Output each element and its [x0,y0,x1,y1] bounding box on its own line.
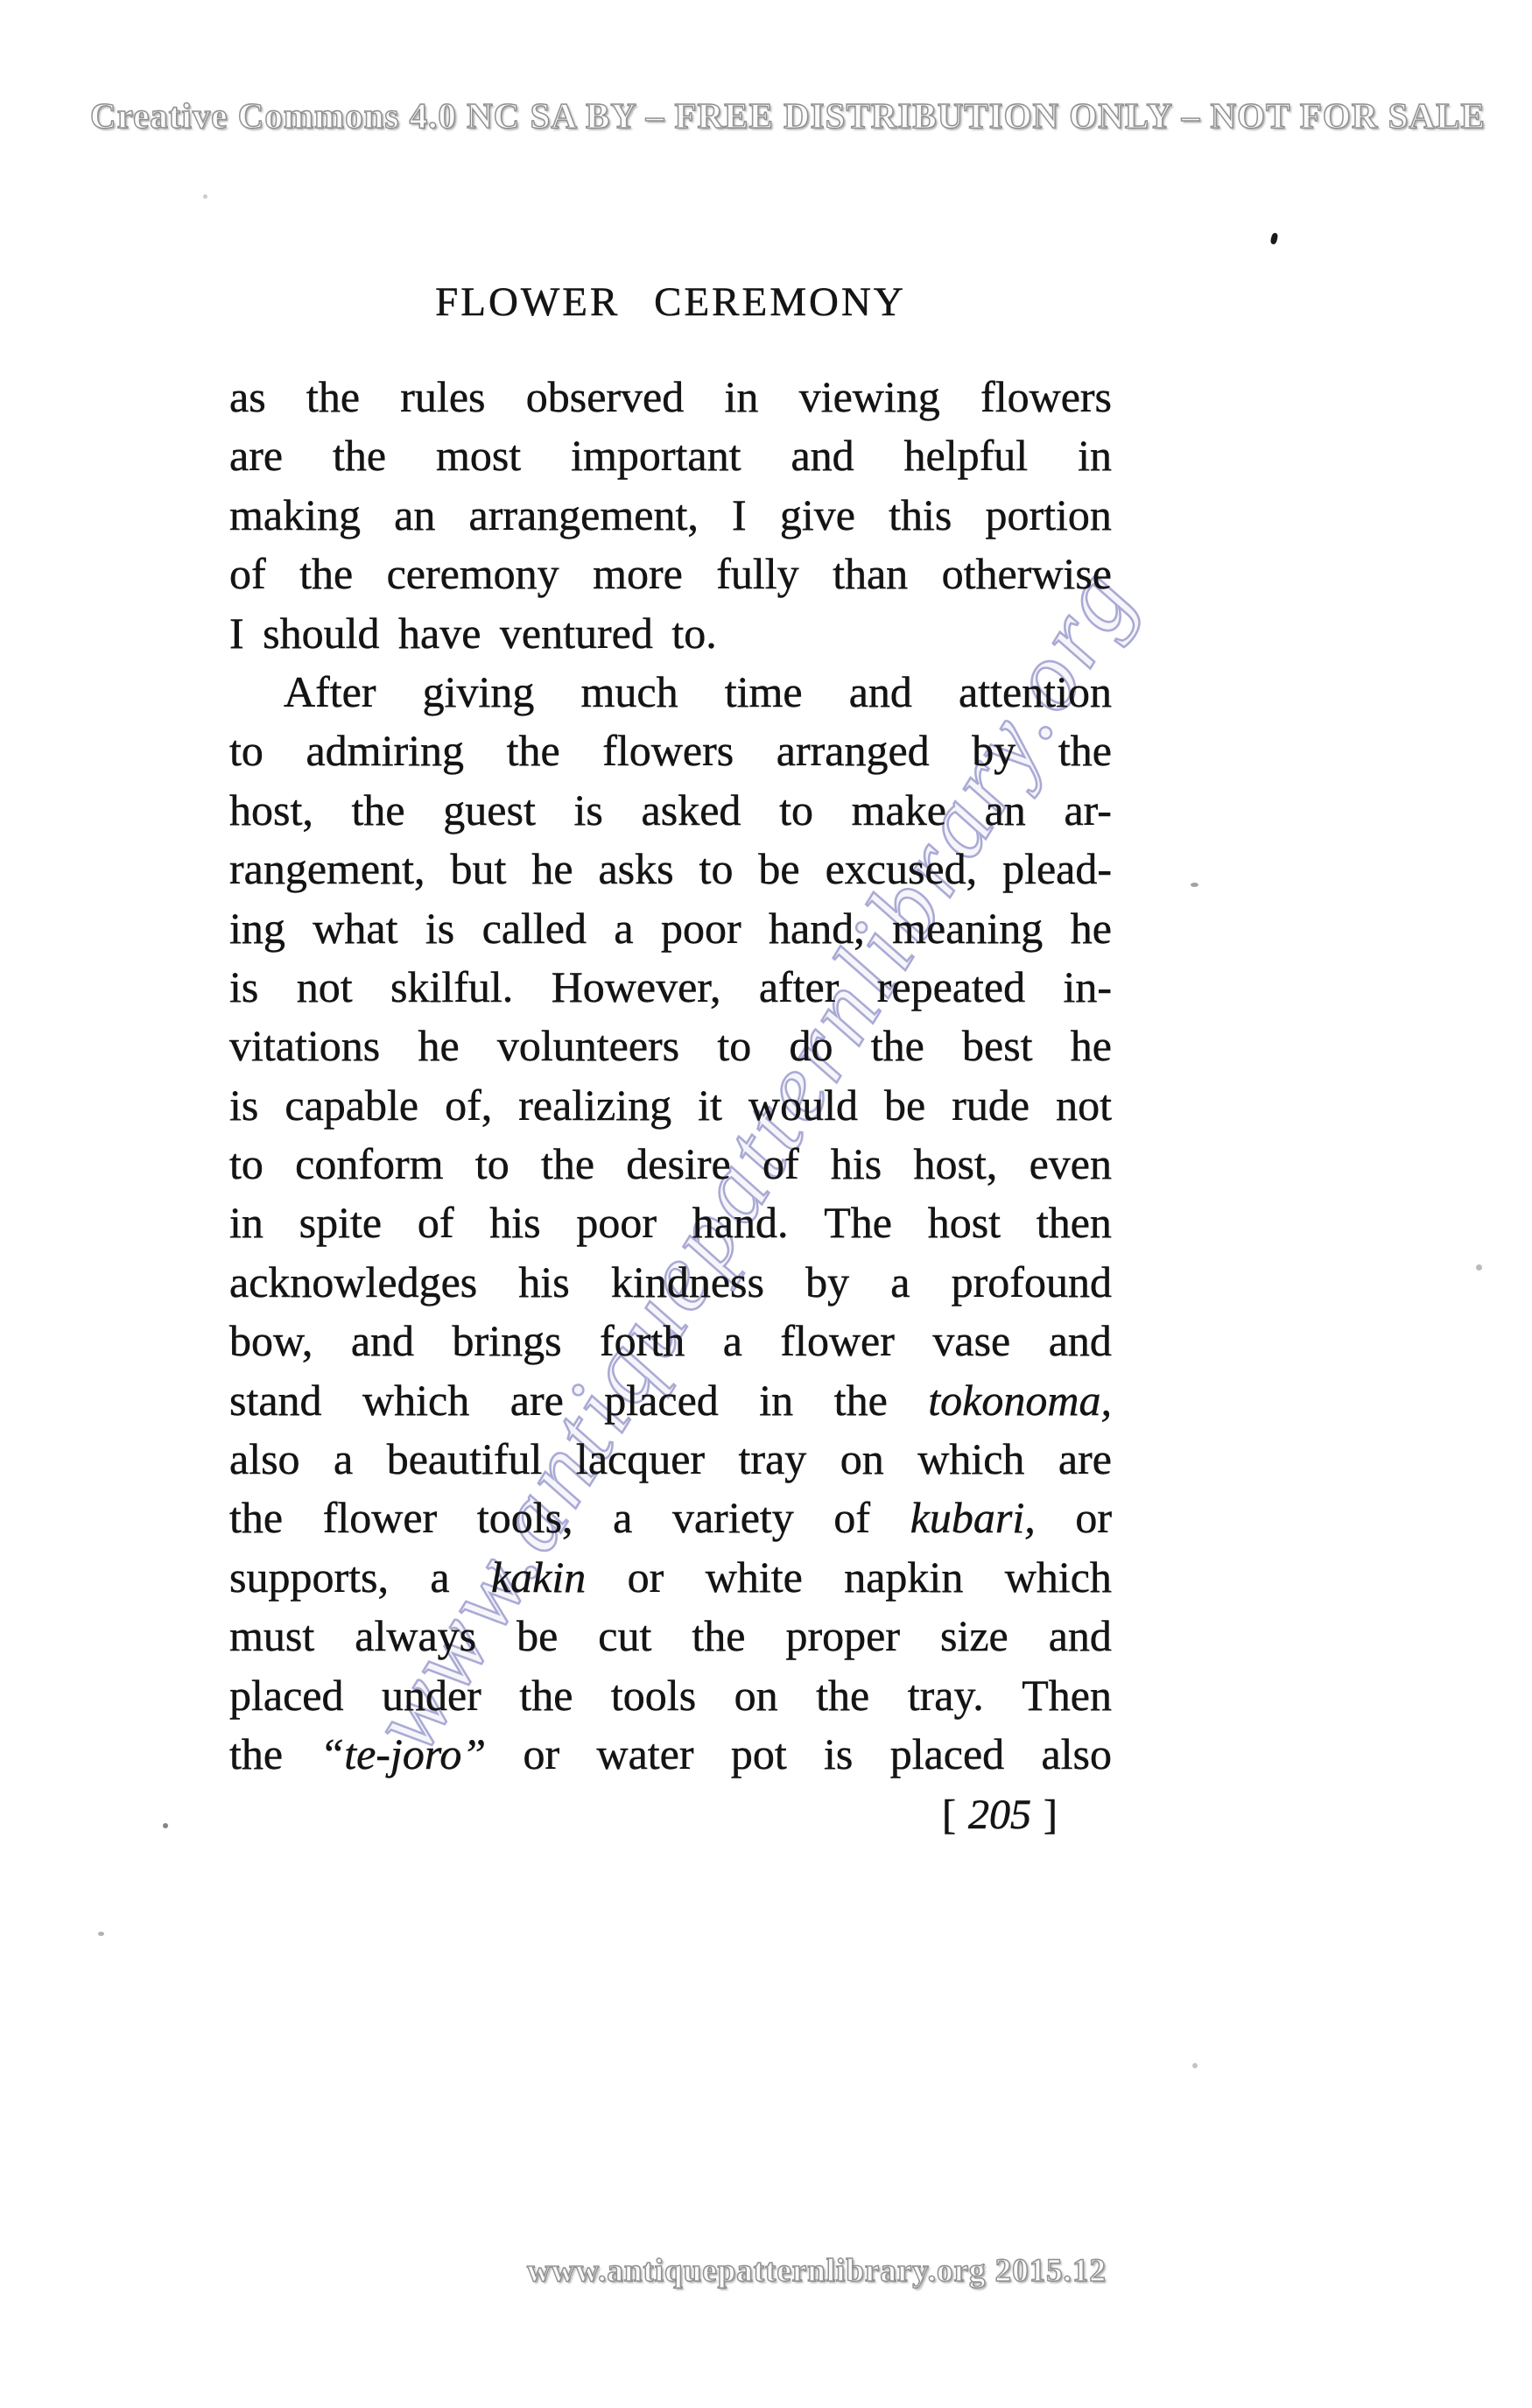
word: bow, [229,1312,313,1370]
word: be [758,840,799,898]
scan-speck [203,194,207,199]
word: more [593,545,683,603]
word: or [628,1548,664,1607]
word: in [1078,426,1112,485]
word: then [1037,1193,1112,1252]
word: his [489,1193,540,1252]
word: portion [985,486,1111,545]
word: host, [913,1135,997,1193]
text-line: bow,andbringsforthaflowervaseand [229,1312,1112,1370]
word: is [425,899,454,958]
word: placed [229,1666,343,1725]
word: the [834,1371,888,1430]
word: observed [526,368,685,426]
word: of [762,1135,799,1193]
word: by [972,722,1015,780]
word: realizing [518,1076,671,1135]
text-line: theflowertools,avarietyofkubari,or [229,1489,1112,1547]
word: tokonoma, [928,1371,1112,1430]
word: is [574,781,603,840]
word: host [928,1193,1001,1252]
word: the [299,545,353,603]
word: kakin [491,1548,586,1607]
word: arrangement, [469,486,699,545]
word: water [596,1725,693,1784]
word: or [1075,1489,1112,1547]
word: desire [626,1135,730,1193]
page-title: FLOWER CEREMONY [229,278,1112,326]
word: lacquer [576,1430,705,1489]
word: a [614,899,633,958]
word: to [475,1135,509,1193]
word: skilful. [390,958,513,1017]
word: otherwise [942,545,1112,603]
word: fully [716,545,798,603]
scan-speck [1192,2063,1198,2068]
word: ceremony [387,545,559,603]
word: not [1056,1076,1112,1135]
word: “te-joro” [320,1725,486,1784]
word: the [519,1666,573,1725]
word: ing [229,899,285,958]
word: much [581,663,678,722]
word: the [871,1017,924,1075]
word: in- [1063,958,1112,1017]
word: do [789,1017,833,1075]
word: of [418,1193,454,1252]
word: size [940,1607,1008,1665]
word: to [229,722,264,780]
word: acknowledges [229,1253,477,1312]
word: attention [959,663,1112,722]
word: the [541,1135,594,1193]
text-line: isnotskilful.However,afterrepeatedin- [229,958,1112,1017]
word: conform [295,1135,443,1193]
word: a [334,1430,353,1489]
word: excused, [826,840,978,898]
word: must [229,1607,314,1665]
word: are [229,426,283,485]
footer-url: www.antiquepatternlibrary.org 2015.12 [527,2252,1107,2290]
word: to [779,781,813,840]
word: to. [671,609,716,658]
word: poor [661,899,741,958]
word: rangement, [229,840,425,898]
word: he [418,1017,459,1075]
word: is [824,1725,853,1784]
scan-speck [1270,232,1279,244]
word: stand [229,1371,322,1430]
word: flowers [980,368,1112,426]
word: vitations [229,1017,380,1075]
word: his [831,1135,882,1193]
word: of [229,545,266,603]
word: asks [598,840,673,898]
word: have [398,609,481,658]
word: by [805,1253,849,1312]
text-line: host,theguestisaskedtomakeanar- [229,781,1112,840]
word: tray [739,1430,807,1489]
word: in [229,1193,264,1252]
word: which [362,1371,469,1430]
word: However, [552,958,721,1017]
body-text-column: astherulesobservedinviewingflowersarethe… [229,368,1112,1841]
word: asked [642,781,741,840]
text-line: alsoabeautifullacquertrayonwhichare [229,1430,1112,1489]
word: the [816,1666,869,1725]
word: volunteers [497,1017,679,1075]
word: supports, [229,1548,389,1607]
word: would [748,1076,858,1135]
page-number-value: 205 [956,1792,1044,1838]
word: which [917,1430,1024,1489]
word: called [482,899,587,958]
text-line: toadmiringtheflowersarrangedbythe [229,722,1112,780]
word: give [780,486,855,545]
text-line: I should have ventured to. [229,604,1112,663]
word: are [510,1371,564,1430]
word: also [229,1430,300,1489]
word: or [524,1725,560,1784]
word: not [297,958,353,1017]
word: even [1030,1135,1112,1193]
word: plead- [1002,840,1112,898]
word: but [450,840,506,898]
word: white [706,1548,803,1607]
word: capable [285,1076,418,1135]
text-line: rangement,butheaskstobeexcused,plead- [229,840,1112,898]
text-line: vitationshevolunteerstodothebesthe [229,1017,1112,1075]
text-line: toconformtothedesireofhishost,even [229,1135,1112,1193]
page-number: [205] [229,1789,1112,1841]
word: it [698,1076,722,1135]
scanned-book-page: Creative Commons 4.0 NC SA BY – FREE DIS… [0,0,1532,2408]
word: in [725,368,759,426]
word: important [571,426,741,485]
word: host, [229,781,313,840]
text-line: placedunderthetoolsonthetray.Then [229,1666,1112,1725]
word: is [229,1076,258,1135]
word: as [229,368,266,426]
text-line: astherulesobservedinviewingflowers [229,368,1112,426]
word: making [229,486,361,545]
word: ventured [500,609,653,658]
word: I [732,486,747,545]
text-line: acknowledgeshiskindnessbyaprofound [229,1253,1112,1312]
word: and [351,1312,414,1370]
word: and [1049,1312,1112,1370]
word: a [613,1489,632,1547]
word: poor [576,1193,657,1252]
word: placed [890,1725,1004,1784]
word: should [263,609,379,658]
text-line: mustalwaysbecutthepropersizeand [229,1607,1112,1665]
body-lines: astherulesobservedinviewingflowersarethe… [229,368,1112,1784]
word: to [229,1135,264,1193]
word: under [382,1666,481,1725]
word: the [229,1489,283,1547]
word: than [833,545,908,603]
word: to [699,840,734,898]
word: and [849,663,912,722]
word: an [985,781,1026,840]
word: cut [598,1607,651,1665]
word: vase [932,1312,1010,1370]
text-line: inspiteofhispoorhand.Thehostthen [229,1193,1112,1252]
word: be [884,1076,925,1135]
word: pot [731,1725,787,1784]
word: kindness [611,1253,764,1312]
word: a [723,1312,742,1370]
word: tools [611,1666,696,1725]
word: brings [453,1312,562,1370]
scan-speck [98,1932,104,1936]
word: admiring [306,722,464,780]
word: arranged [777,722,930,780]
word: hand. [692,1193,789,1252]
text-line: ingwhatiscalledapoorhand,meaninghe [229,899,1112,958]
page-number-close-bracket: ] [1044,1792,1058,1838]
text-line: oftheceremonymorefullythanotherwise [229,545,1112,603]
text-line: supports,akakinorwhitenapkinwhich [229,1548,1112,1607]
word: a [430,1548,449,1607]
word: is [229,958,258,1017]
word: and [791,426,854,485]
word: always [355,1607,476,1665]
word: ar- [1064,781,1112,840]
word: napkin [844,1548,963,1607]
word: flower [780,1312,895,1370]
word: and [1049,1607,1112,1665]
word: giving [423,663,535,722]
scan-speck [163,1823,168,1828]
word: profound [952,1253,1112,1312]
word: which [1005,1548,1112,1607]
word: he [1071,899,1112,958]
word: flowers [602,722,734,780]
word: variety [672,1489,794,1547]
word: to [717,1017,751,1075]
word: tray. [908,1666,984,1725]
word: After [284,663,376,722]
word: Then [1022,1666,1112,1725]
word: viewing [799,368,940,426]
text-line: arethemostimportantandhelpfulin [229,426,1112,485]
word: he [531,840,573,898]
word: on [734,1666,778,1725]
word: what [313,899,397,958]
word: in [759,1371,793,1430]
word: the [692,1607,745,1665]
word: beautiful [387,1430,543,1489]
word: the [229,1725,283,1784]
word: an [394,486,435,545]
word: the [333,426,386,485]
word: the [352,781,405,840]
word: rude [952,1076,1030,1135]
word: I [229,609,244,658]
text-line: the“te-joro”orwaterpotisplacedalso [229,1725,1112,1784]
text-line: standwhichareplacedinthetokonoma, [229,1371,1112,1430]
word: forth [600,1312,685,1370]
word: also [1041,1725,1112,1784]
word: proper [785,1607,900,1665]
word: the [306,368,360,426]
word: time [725,663,803,722]
word: his [518,1253,569,1312]
word: on [840,1430,884,1489]
word: the [507,722,560,780]
word: he [1071,1017,1112,1075]
word: best [962,1017,1033,1075]
word: kubari, [910,1489,1036,1547]
scan-speck [1476,1264,1482,1271]
word: tools, [477,1489,573,1547]
word: repeated [877,958,1025,1017]
license-header: Creative Commons 4.0 NC SA BY – FREE DIS… [90,95,1486,137]
text-line: Aftergivingmuchtimeandattention [229,663,1112,722]
word: of, [445,1076,492,1135]
scan-speck [1191,883,1198,887]
word: spite [299,1193,382,1252]
word: of [833,1489,870,1547]
word: hand, [769,899,865,958]
word: placed [604,1371,718,1430]
word: after [759,958,840,1017]
word: the [1058,722,1112,780]
word: guest [443,781,536,840]
word: rules [400,368,485,426]
page-number-open-bracket: [ [942,1792,956,1838]
word: The [824,1193,892,1252]
text-line: makinganarrangement,Igivethisportion [229,486,1112,545]
text-line: iscapableof,realizingitwouldberudenot [229,1076,1112,1135]
word: be [517,1607,558,1665]
word: helpful [904,426,1029,485]
word: flower [323,1489,438,1547]
word: meaning [892,899,1043,958]
word: make [852,781,946,840]
word: are [1058,1430,1112,1489]
word: most [436,426,521,485]
word: this [889,486,952,545]
word: a [890,1253,910,1312]
